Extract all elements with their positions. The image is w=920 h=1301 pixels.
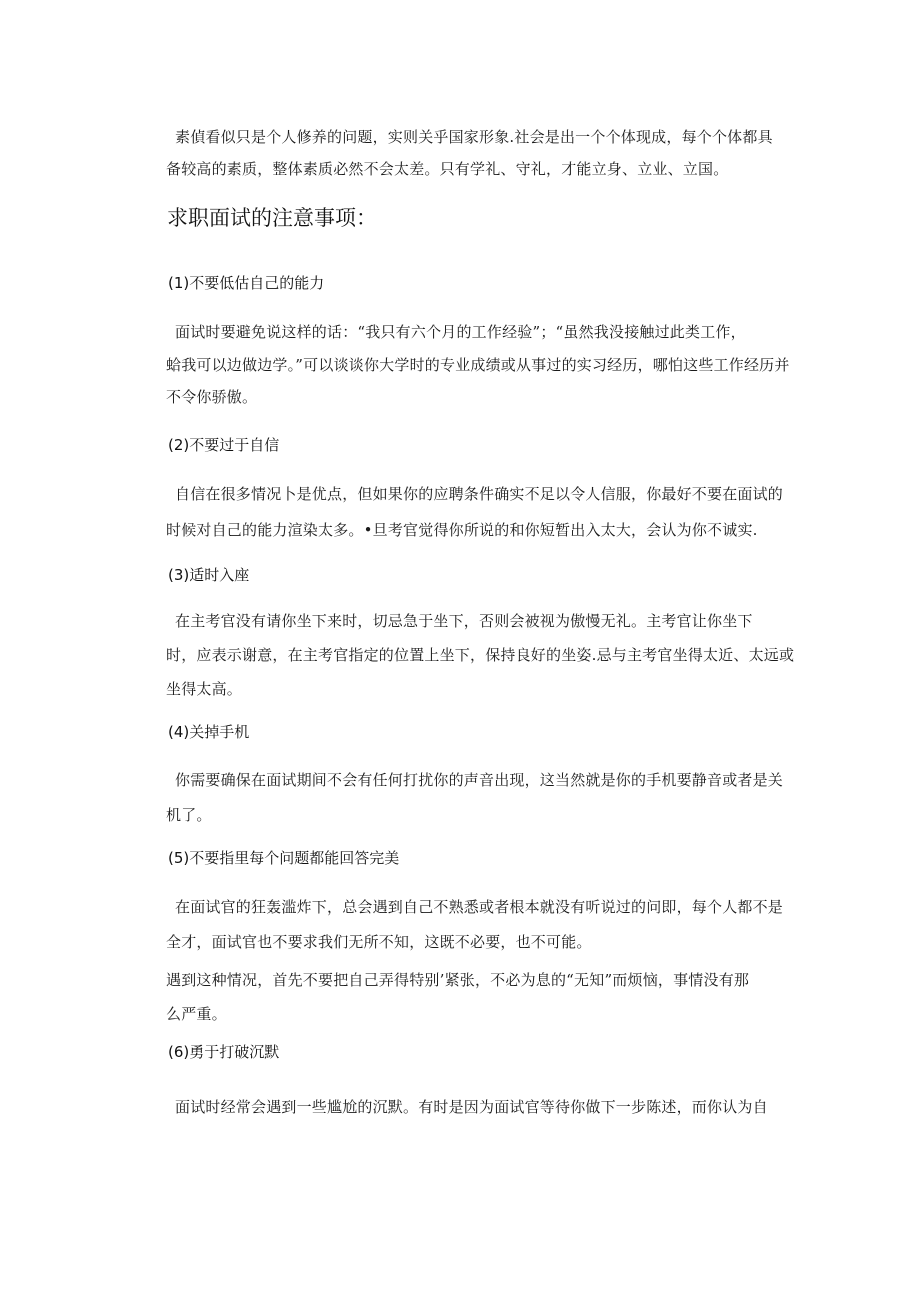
section-heading-6: (6)勇于打破沉默 [168, 1042, 279, 1062]
section-5-line-1: 在面试官的狂轰滥炸下，总会遇到自己不熟悉或者根本就没有听说过的问即，每个人都不是 [175, 897, 783, 917]
intro-line-2: 备较高的素质，整体素质必然不会太差。只有学礼、守礼，才能立身、立业、立国。 [166, 159, 728, 179]
section-heading-4: (4)关掉手机 [168, 722, 249, 742]
section-3-line-3: 坐得太高。 [166, 679, 242, 699]
section-5-line-4: 么严重。 [166, 1004, 227, 1024]
section-heading-5: (5)不要指里每个问题都能回答完美 [168, 848, 399, 868]
page-title: 求职面试的注意事项： [167, 205, 377, 231]
section-heading-3: (3)适时入座 [168, 565, 249, 585]
section-6-line-1: 面试时经常会遇到一些尴尬的沉默。有时是因为面试官等待你做下一步陈述，而你认为自 [175, 1097, 768, 1117]
section-1-line-2: 蛤我可以边做边学。”可以谈谈你大学时的专业成绩或从事过的实习经历，哪怕这些工作经… [166, 355, 790, 375]
section-2-line-2: 时候对自己的能力渲染太多。•旦考官觉得你所说的和你短暂出入太大，会认为你不诚实. [166, 520, 758, 540]
section-2-line-1: 自信在很多情况卜是优点，但如果你的应聘条件确实不足以令人信服，你最好不要在面试的 [175, 484, 783, 504]
section-4-line-2: 机了。 [166, 805, 212, 825]
section-5-line-2: 全才，面试官也不要求我们无所不知，这既不必要，也不可能。 [166, 932, 592, 952]
intro-line-1: 素偵看似只是个人修养的问题，实则关乎国家形象.社会是出一个个体现成，每个个体都具 [175, 127, 773, 147]
section-3-line-2: 时，应表示谢意，在主考官指定的位置上坐下，保持良好的坐姿.忌与主考官坐得太近、太… [166, 645, 794, 665]
section-1-line-3: 不令你骄傲。 [166, 387, 257, 407]
section-4-line-1: 你需要确保在面试期间不会有任何打扰你的声音出现，这当然就是你的手机要静音或者是关 [175, 770, 783, 790]
section-heading-1: (1)不要低估自己的能力 [168, 273, 324, 293]
section-5-line-3: 遇到这种情况，首先不要把自己弄得特别’紧张，不必为息的“无知”而烦恼，事情没有那 [166, 970, 749, 990]
section-1-line-1: 面试时要避免说这样的话：“我只有六个月的工作经验”；“虽然我没接触过此类工作， [175, 322, 746, 342]
section-heading-2: (2)不要过于自信 [168, 435, 279, 455]
section-3-line-1: 在主考官没有请你坐下来时，切忌急于坐下，否则会被视为傲慢无礼。主考官让你坐下 [175, 611, 753, 631]
